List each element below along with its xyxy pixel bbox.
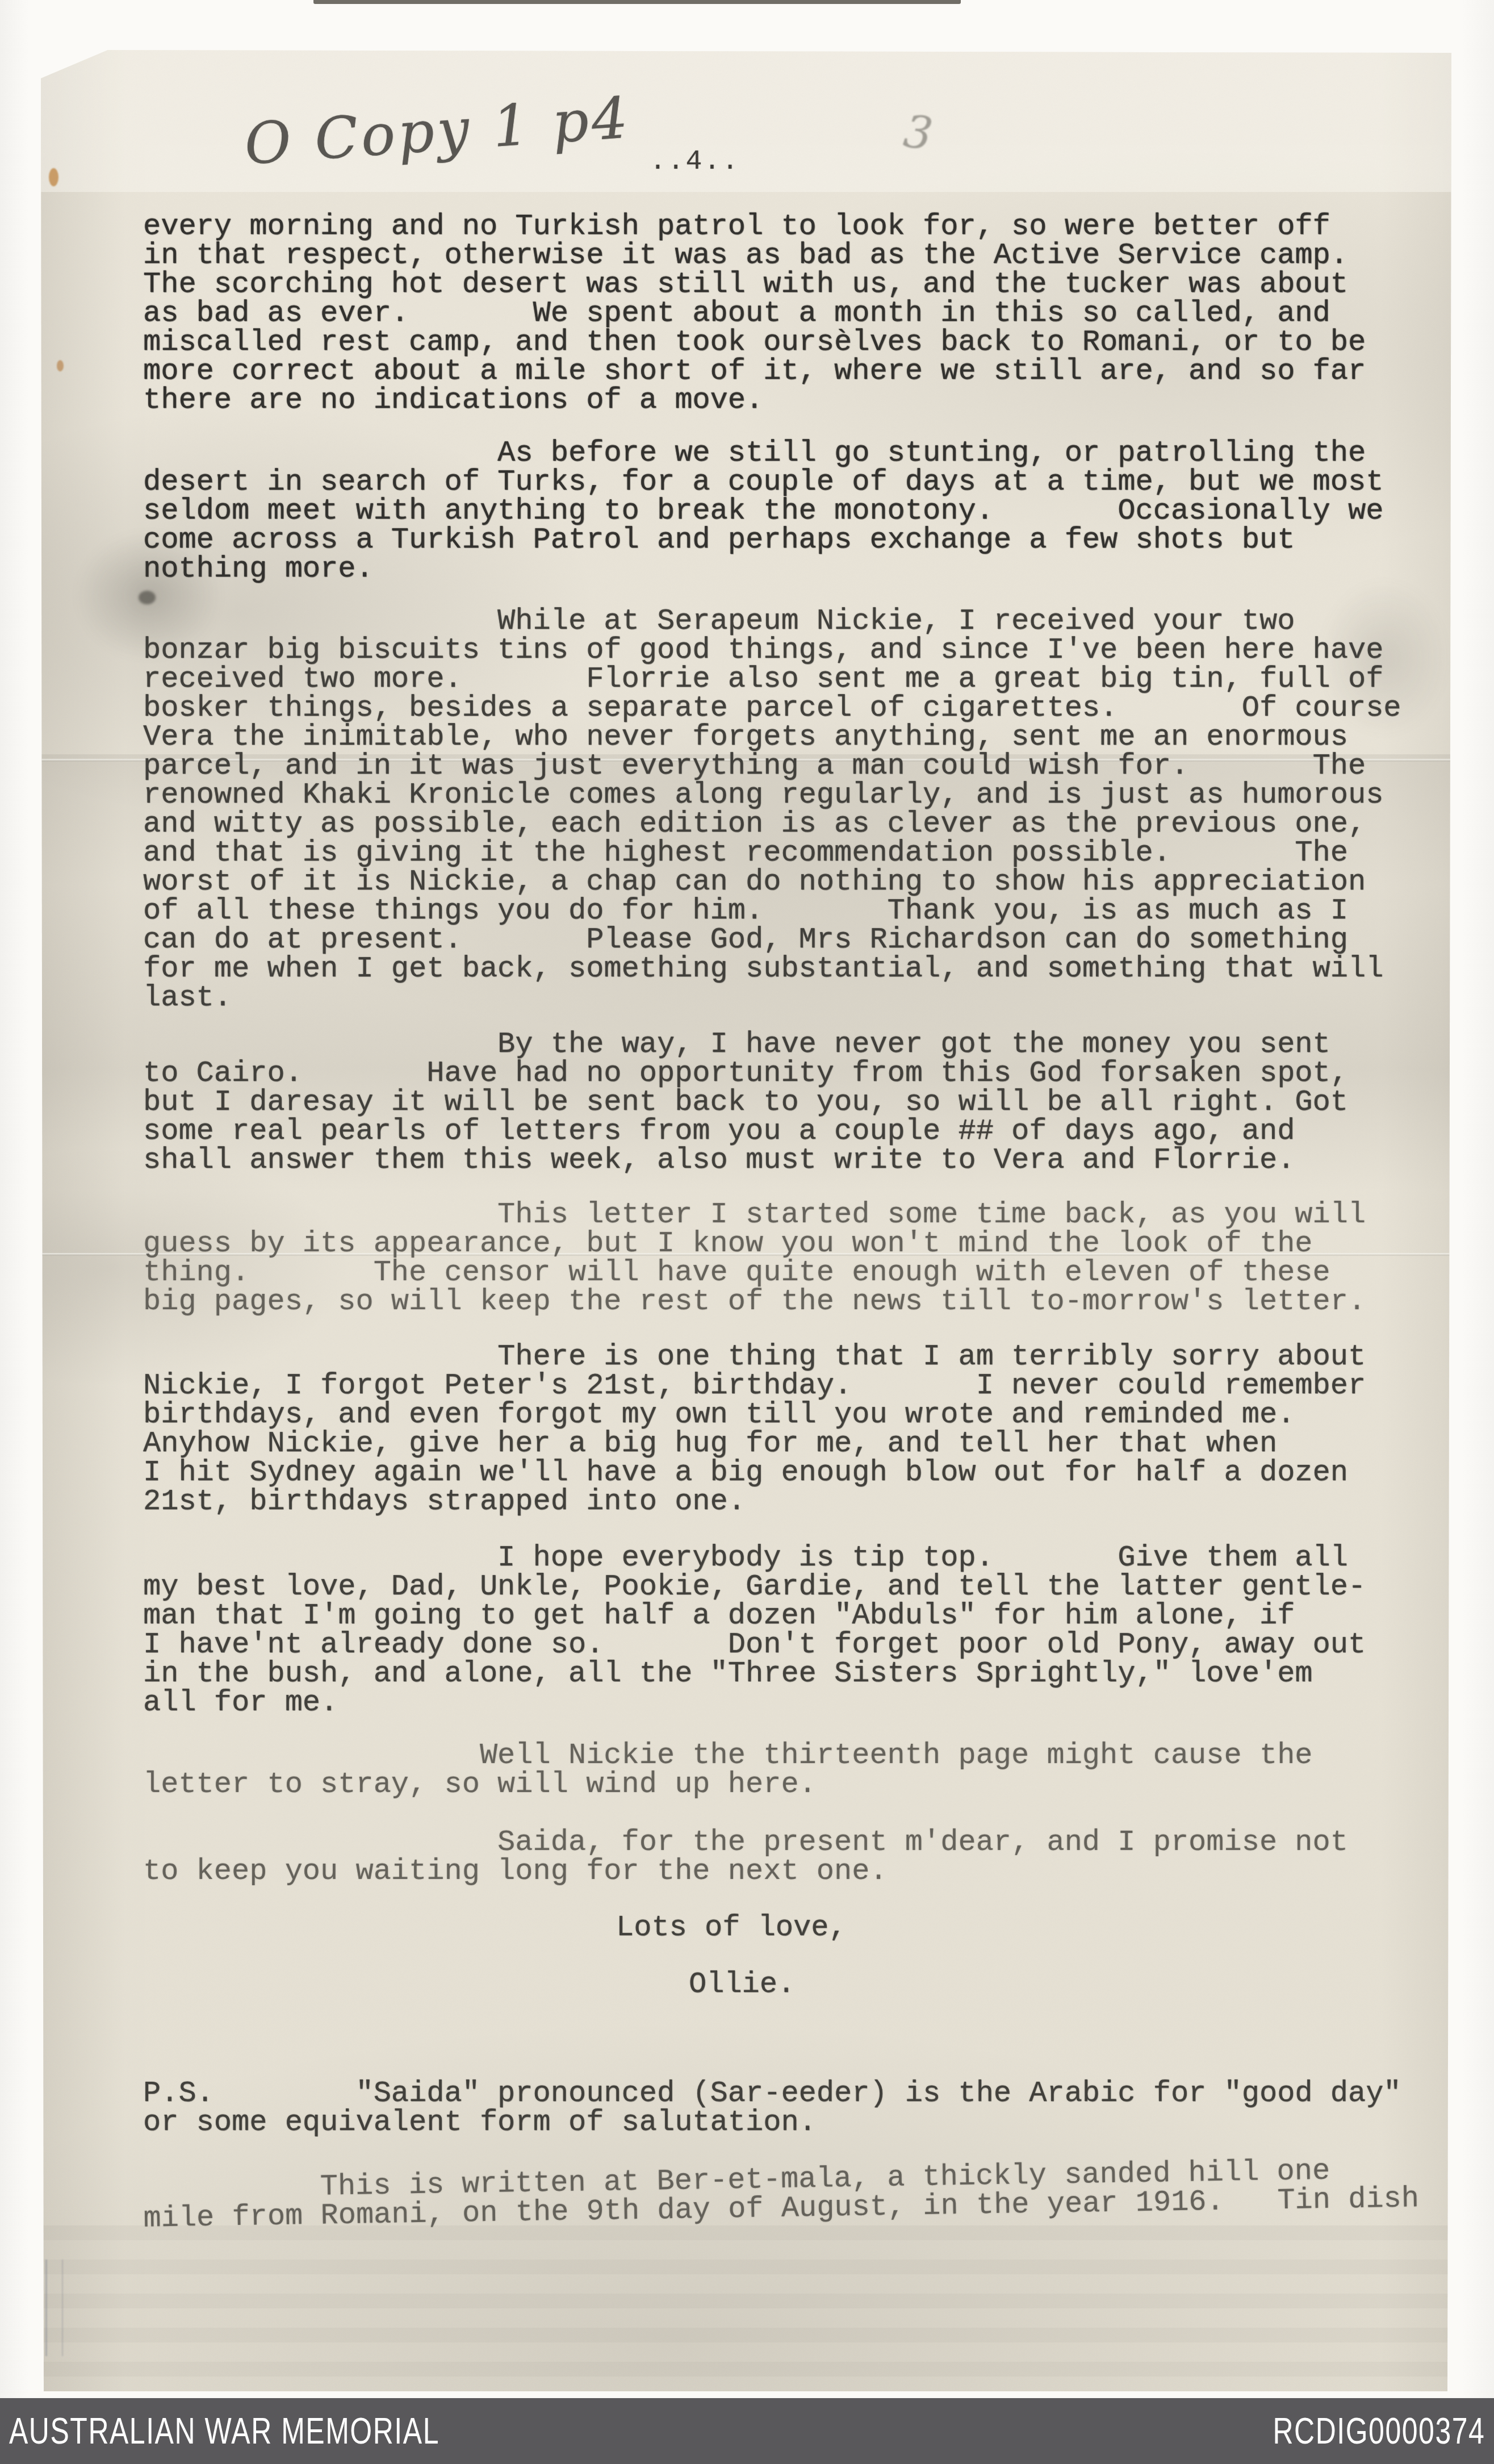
backdrop-left: [0, 0, 41, 2398]
scanner-edge-artifact: [313, 0, 961, 4]
signature: Ollie.: [689, 1970, 795, 1999]
footer-record-id: RCDIG0000374: [1273, 2410, 1485, 2452]
page-number: ..4..: [650, 147, 740, 177]
handwritten-annotation: O Copy 1 p4: [242, 84, 633, 177]
signoff: Lots of love,: [616, 1913, 847, 1942]
postscript: P.S. "Saida" pronounced (Sar-eeder) is t…: [143, 2079, 1401, 2137]
paragraph-2: As before we still go stunting, or patro…: [143, 438, 1383, 583]
paragraph-9: Saida, for the present m'dear, and I pro…: [143, 1828, 1348, 1886]
archive-footer-bar: AUSTRALIAN WAR MEMORIAL RCDIG0000374: [0, 2398, 1494, 2464]
paper-bottom-streaks: [41, 2225, 1451, 2391]
final-note: This is written at Ber-et-mala, a thickl…: [143, 2155, 1419, 2233]
paragraph-7: I hope everybody is tip top. Give them a…: [143, 1543, 1366, 1717]
stamp-mark: [45, 2260, 63, 2356]
paragraph-4: By the way, I have never got the money y…: [143, 1030, 1348, 1175]
paragraph-5: This letter I started some time back, as…: [143, 1200, 1366, 1316]
paragraph-3: While at Serapeum Nickie, I received you…: [143, 607, 1401, 1012]
handwritten-squiggle: 3: [901, 106, 936, 161]
scan-canvas: O Copy 1 p4 3 ..4.. every morning and no…: [0, 0, 1494, 2464]
footer-institution-label: AUSTRALIAN WAR MEMORIAL: [9, 2410, 440, 2452]
paragraph-8: Well Nickie the thirteenth page might ca…: [143, 1741, 1313, 1799]
rust-stain: [49, 168, 58, 186]
backdrop-right: [1451, 0, 1494, 2398]
ink-blot: [139, 591, 156, 604]
rust-stain: [57, 360, 64, 371]
paragraph-6: There is one thing that I am terribly so…: [143, 1342, 1366, 1516]
paragraph-1: every morning and no Turkish patrol to l…: [143, 212, 1366, 415]
letter-page: O Copy 1 p4 3 ..4.. every morning and no…: [41, 50, 1451, 2391]
